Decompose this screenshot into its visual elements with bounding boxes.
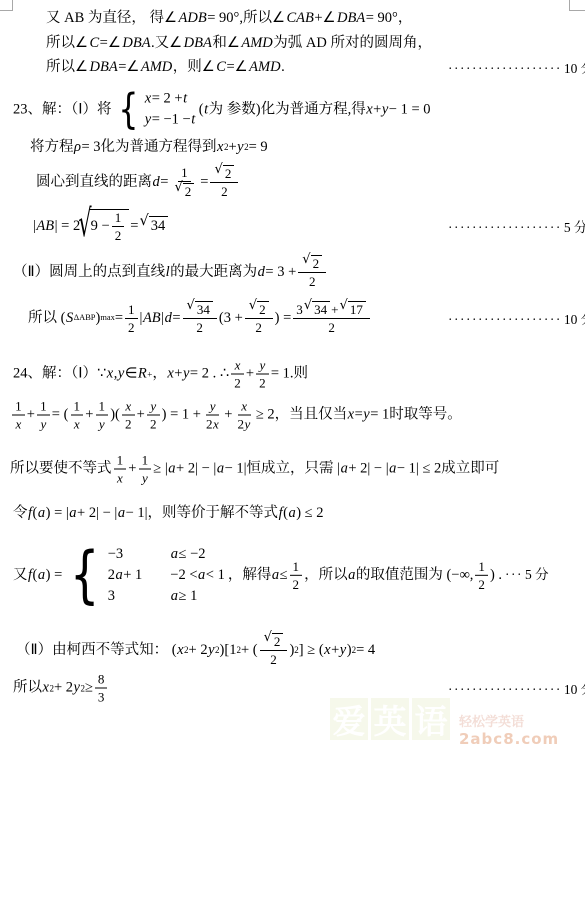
square-root: √34 — [139, 216, 168, 235]
math-variable: AB — [36, 217, 55, 235]
text-run: 和 — [212, 34, 227, 52]
score-label: 10 分 — [564, 312, 585, 327]
fraction: 1y — [95, 399, 108, 432]
math-variable: y — [141, 471, 148, 486]
fraction-denominator: 2 — [290, 576, 303, 592]
cases-cell: 2a + 1 — [108, 566, 143, 584]
math-variable: x — [213, 417, 220, 432]
angle-icon: ∠ — [235, 59, 249, 75]
math-variable: d — [152, 173, 160, 191]
math-variable: a — [117, 504, 125, 522]
cases-body: −3a ≤ −22a + 1−2 < a < 13a ≥ 1 — [108, 545, 225, 605]
fraction-numerator: 1 — [475, 559, 488, 576]
text-run: 所以 — [46, 34, 75, 52]
text-run: < 1 — [206, 566, 225, 584]
text-run: 17 — [350, 302, 363, 317]
fraction: 3√34 + √172 — [293, 301, 370, 335]
radicand: 2 — [183, 183, 195, 199]
angle-icon: ∠ — [272, 10, 286, 26]
math-variable: x — [347, 406, 354, 424]
text-run: = 2 . ∴ — [190, 365, 229, 383]
radical-icon: √ — [302, 254, 310, 266]
radicand: 2 — [311, 255, 323, 271]
text-run: 2 — [259, 302, 266, 317]
math-variable: a — [170, 545, 178, 563]
q24-cases: 又 f(a) = {−3a ≤ −22a + 1−2 < a < 13a ≥ 1… — [13, 545, 502, 605]
fraction: 1√2 — [170, 165, 198, 199]
math-variable: a — [115, 566, 123, 584]
radicand: 2 — [257, 301, 269, 317]
math-variable: a — [389, 460, 397, 478]
text-run: 2 — [328, 320, 335, 335]
math-variable: a — [198, 566, 206, 584]
text-run: 2 — [185, 184, 192, 199]
text-run: ，解得 — [228, 566, 272, 584]
fraction: √22 — [210, 165, 238, 199]
cases-cell: a ≥ 1 — [170, 587, 225, 605]
text-run: + — [27, 406, 35, 424]
fraction-denominator: y — [37, 416, 50, 432]
cases-body: x = 2 + ty = −1 − t — [144, 89, 196, 128]
fraction-denominator: y — [95, 416, 108, 432]
q24-part1-inequality: 1x + 1y = (1x + 1y)(x2 + y2) = 1 + y2x +… — [10, 399, 462, 432]
math-variable: AMD — [249, 59, 281, 75]
math-variable: y — [117, 365, 124, 383]
math-variable: y — [209, 399, 216, 414]
text-run: − 1 = 0 — [389, 100, 431, 118]
text-run: ) = — [275, 309, 292, 327]
text-run: 2 — [221, 184, 228, 199]
dot-leader: ··················· — [448, 61, 562, 76]
math-variable: y — [208, 641, 215, 659]
angle-icon: ∠ — [164, 10, 178, 26]
watermark-char-block: 爱 — [330, 698, 368, 740]
text-run: 1 — [142, 453, 149, 468]
text-run: = 2 + — [152, 89, 183, 107]
math-variable: t — [191, 111, 196, 129]
text-run: + — [246, 365, 254, 383]
angle-expression: ∠C — [75, 34, 100, 52]
math-variable: S — [65, 309, 73, 327]
proof-line-3: 所以 ∠DBA = ∠AMD，则∠C = ∠AMD . — [46, 58, 285, 76]
text-run: 2 — [255, 320, 262, 335]
text-run: + — [85, 406, 93, 424]
math-variable: C — [216, 59, 227, 75]
text-run: . — [281, 58, 285, 76]
text-run: ) . — [490, 566, 502, 584]
watermark-char-block: 英 — [371, 698, 409, 740]
score-5-q23-1: ···················5 分 — [448, 216, 585, 236]
fraction-numerator: 1 — [139, 453, 152, 470]
text-run: 为弧 AD 所对的圆周角， — [273, 34, 432, 52]
fraction: y2 — [256, 358, 269, 391]
q23-distance: 圆心到直线的距离 d = 1√2 = √22 — [36, 165, 240, 199]
fraction-denominator: 2 — [231, 375, 244, 391]
text-run: 的最大距离为 — [170, 263, 257, 281]
cases-expression: {−3a ≤ −22a + 1−2 < a < 13a ≥ 1 — [65, 545, 225, 605]
fraction: x2 — [231, 358, 244, 391]
cases-expression: {x = 2 + ty = −1 − t — [115, 89, 196, 128]
angle-icon: ∠ — [169, 35, 183, 51]
score-label: 10 分 — [564, 682, 585, 697]
text-run: ，所以 — [304, 566, 348, 584]
text-run: ] ≥ ( — [299, 641, 324, 659]
math-variable: x — [241, 399, 248, 414]
cases-cell: −3 — [108, 545, 143, 563]
fraction-denominator: 2 — [475, 576, 488, 592]
fraction-denominator: x — [12, 416, 25, 432]
text-run: ≥ — [85, 679, 93, 697]
fraction: 1x — [114, 453, 127, 486]
text-run: 1 — [115, 210, 122, 225]
text-run: 令 — [13, 504, 28, 522]
math-variable: x — [234, 358, 241, 373]
text-run: ∈ — [125, 365, 138, 383]
text-run: 9 − — [91, 217, 110, 235]
dot-leader: ··················· — [448, 312, 562, 327]
radical-icon: √ — [139, 215, 148, 228]
text-run: 8 — [98, 672, 105, 687]
text-run: 2 — [196, 320, 203, 335]
text-run: 所以 — [13, 679, 42, 697]
text-run: 3 — [296, 302, 303, 317]
text-run: = ( — [52, 406, 69, 424]
math-variable: a — [288, 504, 296, 522]
fraction-numerator: 1 — [114, 453, 127, 470]
math-variable: R — [137, 365, 147, 383]
fraction-denominator: 2 — [252, 319, 265, 335]
fraction-numerator: y — [147, 399, 160, 416]
score-10-q24-2: ···················10 分 — [448, 678, 585, 698]
math-variable: y — [144, 111, 151, 129]
score-label: 5 分 — [564, 220, 585, 235]
text-run: = — [226, 58, 234, 76]
math-variable: y — [73, 679, 80, 697]
text-run: ≤ — [280, 566, 288, 584]
angle-expression: ∠CAB — [272, 9, 314, 27]
fraction-numerator: 1 — [96, 399, 109, 416]
dot-leader: ··· — [505, 567, 523, 582]
fraction-denominator: 2 — [112, 227, 125, 243]
text-run: + — [137, 406, 145, 424]
fraction-numerator: 1 — [12, 399, 25, 416]
proof-line-2: 所以 ∠C = ∠DBA .又 ∠DBA 和∠AMD 为弧 AD 所对的圆周角， — [46, 34, 432, 52]
text-run: ，则 — [173, 58, 202, 76]
text-run: + 2| − | — [348, 460, 388, 478]
text-run: 24、解：（Ⅰ）∵ — [13, 365, 106, 383]
fraction-denominator: 2y — [234, 416, 253, 432]
math-variable: y — [150, 399, 157, 414]
q24-part1-condition: 所以要使不等式 1x + 1y ≥ |a + 2| − |a − 1|恒成立，只… — [10, 453, 499, 486]
watermark-side-text: 轻松学英语 2abc8.com — [459, 698, 559, 748]
text-run: ， — [152, 365, 167, 383]
square-root: √9 − 12 — [81, 209, 129, 243]
square-root: √2 — [174, 183, 194, 199]
text-run: −3 — [108, 545, 123, 563]
text-run: 3 — [108, 587, 115, 605]
text-run: 23、解：（Ⅰ）将 — [13, 100, 112, 118]
angle-icon: ∠ — [323, 10, 337, 26]
fraction: 1x — [12, 399, 25, 432]
math-variable: y — [237, 138, 244, 156]
text-run: (3 + — [219, 309, 243, 327]
text-run: + 1 — [123, 566, 142, 584]
text-run: = 1.则 — [271, 365, 308, 383]
square-root: √17 — [340, 301, 366, 317]
score-10-proof: ···················10 分 — [448, 57, 585, 77]
text-run: （Ⅱ）圆周上的点到直线 — [13, 263, 165, 281]
math-variable: AMD — [241, 35, 273, 51]
text-run: − 1|，则等价于解不等式 — [126, 504, 278, 522]
angle-expression: ∠DBA — [75, 58, 118, 76]
text-run: 2 — [259, 376, 266, 391]
text-run: 3 — [98, 690, 105, 705]
left-brace-icon: { — [118, 91, 138, 127]
text-run: )( — [110, 406, 120, 424]
text-run: + ( — [241, 641, 258, 659]
math-variable: ρ — [74, 138, 82, 156]
fraction-numerator: √34 — [183, 301, 217, 319]
math-variable: a — [216, 460, 224, 478]
fraction-denominator: y — [138, 470, 151, 486]
text-run: 又 — [13, 566, 28, 584]
math-variable: DBA — [89, 59, 118, 75]
text-boundary-mark-top-right — [569, 0, 585, 11]
text-run: + 2 — [54, 679, 73, 697]
math-variable: x — [106, 365, 113, 383]
text-run: ) = — [46, 566, 63, 584]
text-run: | = 2 — [55, 217, 81, 235]
radicand: 34 — [312, 301, 330, 317]
radical-icon: √ — [249, 300, 257, 312]
radicand: 34 — [149, 216, 169, 235]
text-run: ≥ 2，当且仅当 — [256, 406, 347, 424]
q23-chord-length: |AB| = 2√9 − 12 = √34 — [33, 209, 169, 243]
q24-part2-result: 所以 x2 + 2y2 ≥ 83 — [13, 672, 109, 705]
fraction-denominator: 2 — [122, 416, 135, 432]
text-run: 2 — [293, 577, 300, 592]
math-variable: x — [73, 417, 80, 432]
text-run: + — [128, 460, 136, 478]
fraction: 12 — [475, 559, 488, 592]
fraction-denominator: x — [114, 470, 127, 486]
math-variable: y — [244, 417, 251, 432]
fraction: 1y — [37, 399, 50, 432]
left-brace-icon: { — [70, 549, 100, 602]
angle-expression: ∠DBA — [108, 34, 151, 52]
square-root: √2 — [214, 165, 234, 181]
text-run: 2 — [150, 417, 157, 432]
math-variable: x — [117, 471, 124, 486]
fraction: 12 — [112, 210, 125, 243]
text-run: = — [118, 58, 126, 76]
q23-polar-conversion: 将方程 ρ = 3化为普通方程得到 x2 + y2 = 9 — [30, 138, 268, 156]
text-run: = — [115, 309, 123, 327]
q23-part2-max-distance: （Ⅱ）圆周上的点到直线 l 的最大距离为 d = 3 + √22 — [13, 255, 328, 289]
fraction-numerator: 1 — [290, 559, 303, 576]
square-root: √34 — [187, 301, 213, 317]
text-run: 为 参数)化为普通方程,得 — [209, 100, 366, 118]
radicand: 34 — [195, 301, 213, 317]
fraction-denominator: 2 — [125, 319, 138, 335]
fraction-denominator: 3 — [95, 689, 108, 705]
text-run: 1 — [128, 302, 135, 317]
fraction-denominator: 2 — [306, 273, 319, 289]
math-variable: x — [324, 641, 331, 659]
math-variable: C — [89, 35, 100, 51]
fraction: 12 — [125, 302, 138, 335]
fraction: 12 — [290, 559, 303, 592]
math-variable: y — [381, 100, 388, 118]
text-run: + — [331, 302, 338, 317]
text-run: 34 — [197, 302, 210, 317]
square-root: √34 — [304, 301, 330, 317]
radical-icon: √ — [78, 207, 91, 241]
watermark-char-block: 语 — [412, 698, 450, 740]
text-run: ) = | — [46, 504, 69, 522]
fraction-numerator: 1 — [71, 399, 84, 416]
text-run: 1 — [293, 559, 300, 574]
text-run: = 1时取等号。 — [370, 406, 462, 424]
fraction-numerator: 1 — [112, 210, 125, 227]
math-variable: a — [69, 504, 77, 522]
angle-expression: ∠DBA — [169, 34, 212, 52]
fraction-denominator: 2 — [218, 183, 231, 199]
math-variable: x — [144, 89, 151, 107]
fraction: 83 — [95, 672, 108, 705]
math-variable: a — [170, 587, 178, 605]
text-run: = 3 + — [265, 263, 296, 281]
math-variable: y — [363, 406, 370, 424]
radical-icon: √ — [304, 300, 312, 312]
cases-cell: −2 < a < 1 — [170, 566, 225, 584]
text-run: ≤ −2 — [179, 545, 206, 563]
math-variable: ADB — [178, 10, 207, 26]
text-run: ) — [347, 641, 352, 659]
text-run: 2 — [115, 228, 122, 243]
fraction: √22 — [245, 301, 273, 335]
fraction: y2 — [147, 399, 160, 432]
radicand: 9 − 12 — [89, 209, 130, 243]
math-variable: d — [164, 309, 172, 327]
text-run: = — [160, 173, 168, 191]
angle-icon: ∠ — [202, 59, 216, 75]
fraction-denominator: 2x — [203, 416, 222, 432]
text-run: 2 — [270, 652, 277, 667]
math-variable: a — [348, 566, 356, 584]
square-root: √2 — [264, 633, 284, 649]
angle-expression: ∠AMD — [126, 58, 172, 76]
fraction-denominator: x — [70, 416, 83, 432]
angle-expression: ∠AMD — [235, 58, 281, 76]
fraction: √342 — [183, 301, 217, 335]
fraction-numerator: √2 — [210, 165, 238, 183]
angle-expression: ∠ADB — [164, 9, 207, 27]
score-10-q23-2: ···················10 分 — [448, 308, 585, 328]
angle-icon: ∠ — [227, 35, 241, 51]
text-run: 又 AB 为直径， 得 — [46, 9, 164, 27]
text-run: = 90° — [207, 9, 239, 27]
text-run: ) ≤ 2 — [296, 504, 323, 522]
math-variable: x — [366, 100, 373, 118]
text-run: − 1| ≤ 2成立即可 — [397, 460, 499, 478]
math-variable: a — [37, 504, 45, 522]
math-variable: y — [98, 417, 105, 432]
text-run: + 2| − | — [77, 504, 117, 522]
square-root: √2 — [302, 255, 322, 271]
text-run: + 2| − | — [176, 460, 216, 478]
text-run: 1 — [99, 399, 106, 414]
math-variable: y — [40, 417, 47, 432]
math-variable: CAB — [286, 10, 314, 26]
text-run: 2 — [108, 566, 115, 584]
math-variable: x — [125, 399, 132, 414]
cases-cell: a ≤ −2 — [170, 545, 225, 563]
math-variable: a — [168, 460, 176, 478]
math-variable: x — [177, 641, 184, 659]
fraction-numerator: 8 — [95, 672, 108, 689]
fraction-numerator: √2 — [245, 301, 273, 319]
fraction-denominator: 2 — [267, 651, 280, 667]
angle-expression: ∠AMD — [227, 34, 273, 52]
proof-line-1: 又 AB 为直径， 得∠ADB = 90°,所以∠CAB + ∠DBA = 90… — [46, 9, 412, 27]
text-run: 34 — [314, 302, 327, 317]
radical-icon: √ — [187, 300, 195, 312]
square-root: √2 — [249, 301, 269, 317]
fraction-numerator: 1 — [125, 302, 138, 319]
text-run: + — [174, 365, 182, 383]
math-variable: AMD — [140, 59, 172, 75]
document-page: 又 AB 为直径， 得∠ADB = 90°,所以∠CAB + ∠DBA = 90… — [0, 0, 585, 914]
fraction-numerator: y — [206, 399, 219, 416]
cases-cell: y = −1 − t — [144, 111, 196, 129]
text-run: 1 — [478, 559, 485, 574]
angle-icon: ∠ — [75, 35, 89, 51]
radicand: 2 — [223, 165, 235, 181]
text-run: ,所以 — [239, 9, 272, 27]
fraction-numerator: x — [238, 399, 251, 416]
fraction: 1x — [70, 399, 83, 432]
radical-icon: √ — [214, 164, 222, 176]
radical-icon: √ — [174, 182, 182, 194]
fraction: √22 — [260, 633, 288, 667]
watermark-tagline: 轻松学英语 — [459, 711, 559, 730]
text-run: 2 — [125, 417, 132, 432]
watermark: 爱 英 语 轻松学英语 2abc8.com — [330, 698, 559, 748]
cases-cell: x = 2 + t — [144, 89, 196, 107]
text-run: + — [228, 138, 236, 156]
text-run: 2 — [313, 256, 320, 271]
text-run: 2 — [128, 320, 135, 335]
text-run: = 4 — [356, 641, 375, 659]
math-variable: x — [217, 138, 224, 156]
math-variable: t — [183, 89, 188, 107]
text-run: .又 — [151, 34, 169, 52]
text-run: = — [100, 34, 108, 52]
math-variable: x — [15, 417, 22, 432]
fraction: x2 — [122, 399, 135, 432]
math-variable: DBA — [337, 10, 366, 26]
text-run: = −1 − — [152, 111, 191, 129]
text-run: + — [373, 100, 381, 118]
text-run: ≥ | — [153, 460, 168, 478]
text-run: + — [331, 641, 339, 659]
text-run: 1 — [15, 399, 22, 414]
q24-part1-setup: 24、解：（Ⅰ）∵ x, y ∈ R+， x + y = 2 . ∴ x2 + … — [13, 358, 308, 391]
text-run: 将方程 — [30, 138, 74, 156]
text-run: + — [314, 9, 322, 27]
q23-part2-area: 所以 (SΔABP)max = 12|AB|d = √342(3 + √22) … — [28, 301, 372, 335]
